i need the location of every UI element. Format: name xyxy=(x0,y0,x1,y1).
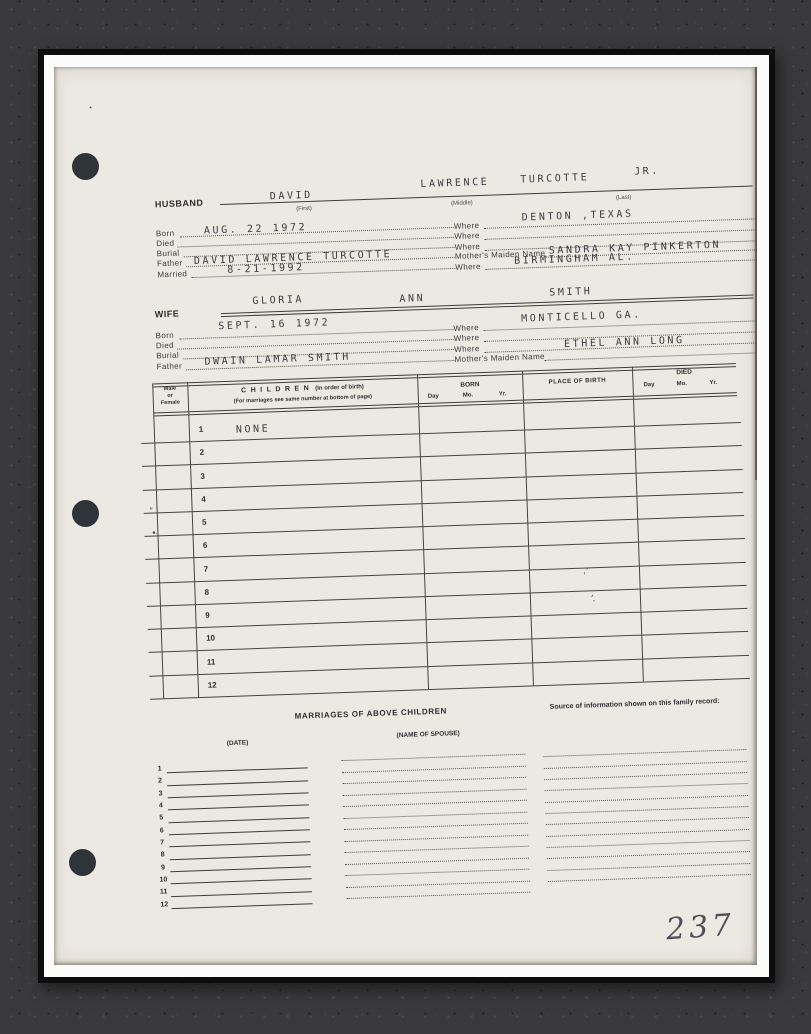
husband-born-label: Born xyxy=(156,229,175,239)
wife-born-label: Born xyxy=(155,331,174,341)
sex-header-line1: Male xyxy=(152,385,187,392)
marriage-date-line xyxy=(171,891,312,897)
husband-last-caption: (Last) xyxy=(616,195,632,202)
child-row-line xyxy=(150,678,750,700)
died-day-subheader: Day xyxy=(643,382,654,388)
child-row-number: 5 xyxy=(202,518,207,527)
source-line xyxy=(543,749,746,757)
marriage-date-line xyxy=(169,841,310,847)
child-row-number: 4 xyxy=(201,495,206,504)
form-content: DAVID LAWRENCE TURCOTTE JR. HUSBAND (Fir… xyxy=(54,67,757,965)
marriage-row-number: 2 xyxy=(158,777,162,784)
wife-died-leader xyxy=(177,339,454,350)
husband-first-caption: (First) xyxy=(296,206,312,213)
child-row-line xyxy=(146,562,746,584)
marriage-row-number: 4 xyxy=(159,802,163,809)
marriage-date-header: (DATE) xyxy=(227,739,249,747)
marriage-spouse-line xyxy=(346,881,530,888)
child-row-number: 2 xyxy=(199,448,204,457)
wife-first-name: GLORIA xyxy=(252,294,304,307)
sex-header-line3: Female xyxy=(153,399,188,406)
handwritten-page-number: 237 xyxy=(665,908,737,948)
marriage-row-number: 7 xyxy=(160,839,164,846)
child-row-line xyxy=(141,422,741,444)
husband-died-where-leader xyxy=(484,229,756,239)
husband-middle-caption: (Middle) xyxy=(451,200,473,207)
born-column-header: BORN xyxy=(417,380,522,391)
scan-artifact: ” xyxy=(149,506,152,516)
source-line xyxy=(544,761,747,769)
source-line xyxy=(546,817,749,825)
source-line xyxy=(544,772,747,780)
wife-burial-where-label: Where xyxy=(454,344,480,354)
wife-died-where-label: Where xyxy=(454,333,480,343)
child-row-line xyxy=(147,585,747,607)
husband-suffix: JR. xyxy=(634,166,660,178)
scan-artifact: •⋅ xyxy=(152,527,157,537)
marriage-spouse-line xyxy=(345,858,529,865)
marriage-row-number: 6 xyxy=(160,827,164,834)
child-1-name: NONE xyxy=(236,423,271,435)
husband-married-label: Married xyxy=(157,269,187,279)
marriage-date-line xyxy=(172,903,313,909)
wife-section-label: WIFE xyxy=(155,309,180,320)
wife-father-label: Father xyxy=(156,361,182,371)
wife-last-name: SMITH xyxy=(549,286,592,298)
marriage-spouse-line xyxy=(341,754,525,761)
wife-middle-name: ANN xyxy=(399,293,425,305)
died-yr-subheader: Yr. xyxy=(709,380,717,386)
wife-born-where-value: MONTICELLO GA. xyxy=(521,309,642,324)
source-line xyxy=(546,829,749,837)
children-table: Male or Female CHILDREN (In order of bir… xyxy=(99,363,755,715)
wife-born-value: SEPT. 16 1972 xyxy=(218,317,330,332)
marriage-spouse-line xyxy=(342,777,526,784)
children-header-rest: (In order of birth) xyxy=(315,384,364,392)
children-header-word: CHILDREN xyxy=(241,385,313,395)
family-record-sheet: DAVID LAWRENCE TURCOTTE JR. HUSBAND (Fir… xyxy=(54,67,757,965)
child-row-number: 12 xyxy=(208,680,217,689)
marriage-spouse-line xyxy=(344,823,528,830)
place-of-birth-column-header: PLACE OF BIRTH xyxy=(522,376,632,387)
marriage-date-line xyxy=(168,792,309,798)
marriage-date-line xyxy=(167,767,308,773)
child-row-line xyxy=(148,608,748,630)
child-row-number: 7 xyxy=(204,565,209,574)
marriage-spouse-line xyxy=(343,800,527,807)
husband-burial-label: Burial xyxy=(157,249,180,259)
child-row-line xyxy=(149,655,749,677)
marriage-spouse-line xyxy=(345,846,529,853)
marriage-row-number: 9 xyxy=(161,864,165,871)
wife-died-label: Died xyxy=(156,341,174,351)
marriage-date-line xyxy=(171,878,312,884)
child-row-number: 10 xyxy=(206,633,215,642)
child-row-line xyxy=(142,445,742,467)
born-yr-subheader: Yr. xyxy=(499,391,507,397)
source-line xyxy=(548,874,751,882)
child-row-number: 6 xyxy=(203,541,208,550)
marriage-row-number: 11 xyxy=(160,888,168,895)
child-row-line xyxy=(149,631,749,653)
marriage-row-number: 1 xyxy=(158,765,162,772)
marriage-spouse-line xyxy=(343,789,527,796)
marriage-date-line xyxy=(167,780,308,786)
marriage-spouse-line xyxy=(343,812,527,819)
sex-header-line2: or xyxy=(153,392,188,399)
child-row-line xyxy=(143,469,743,491)
marriage-row-number: 5 xyxy=(159,814,163,821)
husband-section-label: HUSBAND xyxy=(155,198,204,210)
source-line xyxy=(547,840,750,848)
marriage-date-line xyxy=(170,854,311,860)
child-row-line xyxy=(144,492,744,514)
wife-mother-maiden-leader xyxy=(545,352,757,360)
scan-artifact: • xyxy=(89,105,91,111)
child-row-number: 8 xyxy=(204,588,209,597)
marriage-row-number: 10 xyxy=(159,876,167,883)
source-line xyxy=(547,851,750,859)
marriage-spouse-line xyxy=(344,835,528,842)
marriage-row-number: 8 xyxy=(161,851,165,858)
marriage-spouse-line xyxy=(342,766,526,773)
husband-last-name: TURCOTTE xyxy=(520,172,589,185)
husband-father-label: Father xyxy=(157,258,183,268)
child-row-line xyxy=(145,538,745,560)
marriage-date-line xyxy=(169,829,310,835)
marriage-row-number: 12 xyxy=(160,901,168,908)
born-mo-subheader: Mo. xyxy=(463,392,474,398)
born-day-subheader: Day xyxy=(428,394,439,400)
source-line xyxy=(545,783,748,791)
husband-died-leader xyxy=(177,237,454,248)
photo-frame: DAVID LAWRENCE TURCOTTE JR. HUSBAND (Fir… xyxy=(38,49,775,983)
marriage-date-line xyxy=(168,804,309,810)
died-mo-subheader: Mo. xyxy=(676,381,687,387)
child-row-number: 1 xyxy=(199,425,204,434)
husband-died-label: Died xyxy=(156,239,174,249)
source-line xyxy=(545,806,748,814)
husband-married-where-label: Where xyxy=(455,262,481,272)
source-line xyxy=(545,795,748,803)
marriage-date-line xyxy=(169,817,310,823)
source-line xyxy=(547,863,750,871)
marriage-row-number: 3 xyxy=(158,790,162,797)
marriage-date-line xyxy=(170,866,311,872)
wife-born-where-label: Where xyxy=(453,323,479,333)
wife-mother-maiden-label: Mother's Maiden Name xyxy=(454,352,545,364)
husband-died-where-label: Where xyxy=(454,231,480,241)
husband-born-where-label: Where xyxy=(454,221,480,231)
child-row-line xyxy=(145,515,745,537)
husband-born-where-value: DENTON ,TEXAS xyxy=(521,209,633,224)
marriage-spouse-header: (NAME OF SPOUSE) xyxy=(397,730,460,739)
marriage-spouse-line xyxy=(345,869,529,876)
child-row-number: 3 xyxy=(200,472,205,481)
child-row-number: 11 xyxy=(207,657,216,666)
child-row-number: 9 xyxy=(205,611,210,620)
wife-burial-label: Burial xyxy=(156,351,179,361)
screenshot-root: { "colors": {"paper": "#ece9e2", "ink": … xyxy=(0,0,811,1034)
marriage-spouse-line xyxy=(346,892,530,899)
husband-middle-name: LAWRENCE xyxy=(420,177,489,190)
